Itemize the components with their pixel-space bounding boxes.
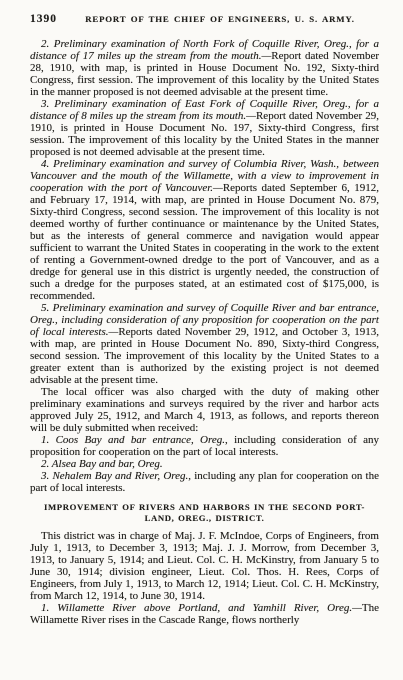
page-header: 1390 REPORT OF THE CHIEF OF ENGINEERS, U… <box>0 13 403 25</box>
section-heading-line1: IMPROVEMENT OF RIVERS AND HARBORS IN THE… <box>44 502 365 512</box>
paragraph-examination-coquille-bar-entrance: 5. Preliminary examination and survey of… <box>30 302 379 386</box>
running-head: REPORT OF THE CHIEF OF ENGINEERS, U. S. … <box>71 14 369 24</box>
list-item-lead-italic: 1. Coos Bay and bar entrance, Oreg. <box>41 434 225 446</box>
paragraph-text: The local officer was also charged with … <box>30 386 379 434</box>
list-item-coos-bay: 1. Coos Bay and bar entrance, Oreg., inc… <box>30 434 379 458</box>
paragraph-examination-east-fork-coquille: 3. Preliminary examination of East Fork … <box>30 98 379 158</box>
section-heading: IMPROVEMENT OF RIVERS AND HARBORS IN THE… <box>30 502 379 523</box>
list-item-lead-italic: 3. Nehalem Bay and River, Oreg. <box>41 470 188 482</box>
paragraph-text: Reports dated September 6, 1912, and Feb… <box>30 182 379 302</box>
paragraph-local-officer: The local officer was also charged with … <box>30 386 379 434</box>
paragraph-text: This district was in charge of Maj. J. F… <box>30 530 379 602</box>
paragraph-examination-north-fork-coquille: 2. Preliminary examination of North Fork… <box>30 38 379 98</box>
list-item-alsea-bay: 2. Alsea Bay and bar, Oreg. <box>30 458 379 470</box>
paragraph-lead-italic: 1. Willamette River above Portland, and … <box>41 602 362 614</box>
paragraph-district-charge: This district was in charge of Maj. J. F… <box>30 530 379 602</box>
paragraph-examination-columbia-river: 4. Preliminary examination and survey of… <box>30 158 379 302</box>
page-number: 1390 <box>30 13 57 25</box>
list-item-nehalem-bay: 3. Nehalem Bay and River, Oreg., includi… <box>30 470 379 494</box>
section-heading-line2: LAND, OREG., DISTRICT. <box>145 513 265 523</box>
page-body: 2. Preliminary examination of North Fork… <box>0 38 403 626</box>
list-item-lead-italic: 2. Alsea Bay and bar, Oreg. <box>41 458 163 470</box>
paragraph-willamette-yamhill: 1. Willamette River above Portland, and … <box>30 602 379 626</box>
scanned-document-page: 1390 REPORT OF THE CHIEF OF ENGINEERS, U… <box>0 0 403 680</box>
